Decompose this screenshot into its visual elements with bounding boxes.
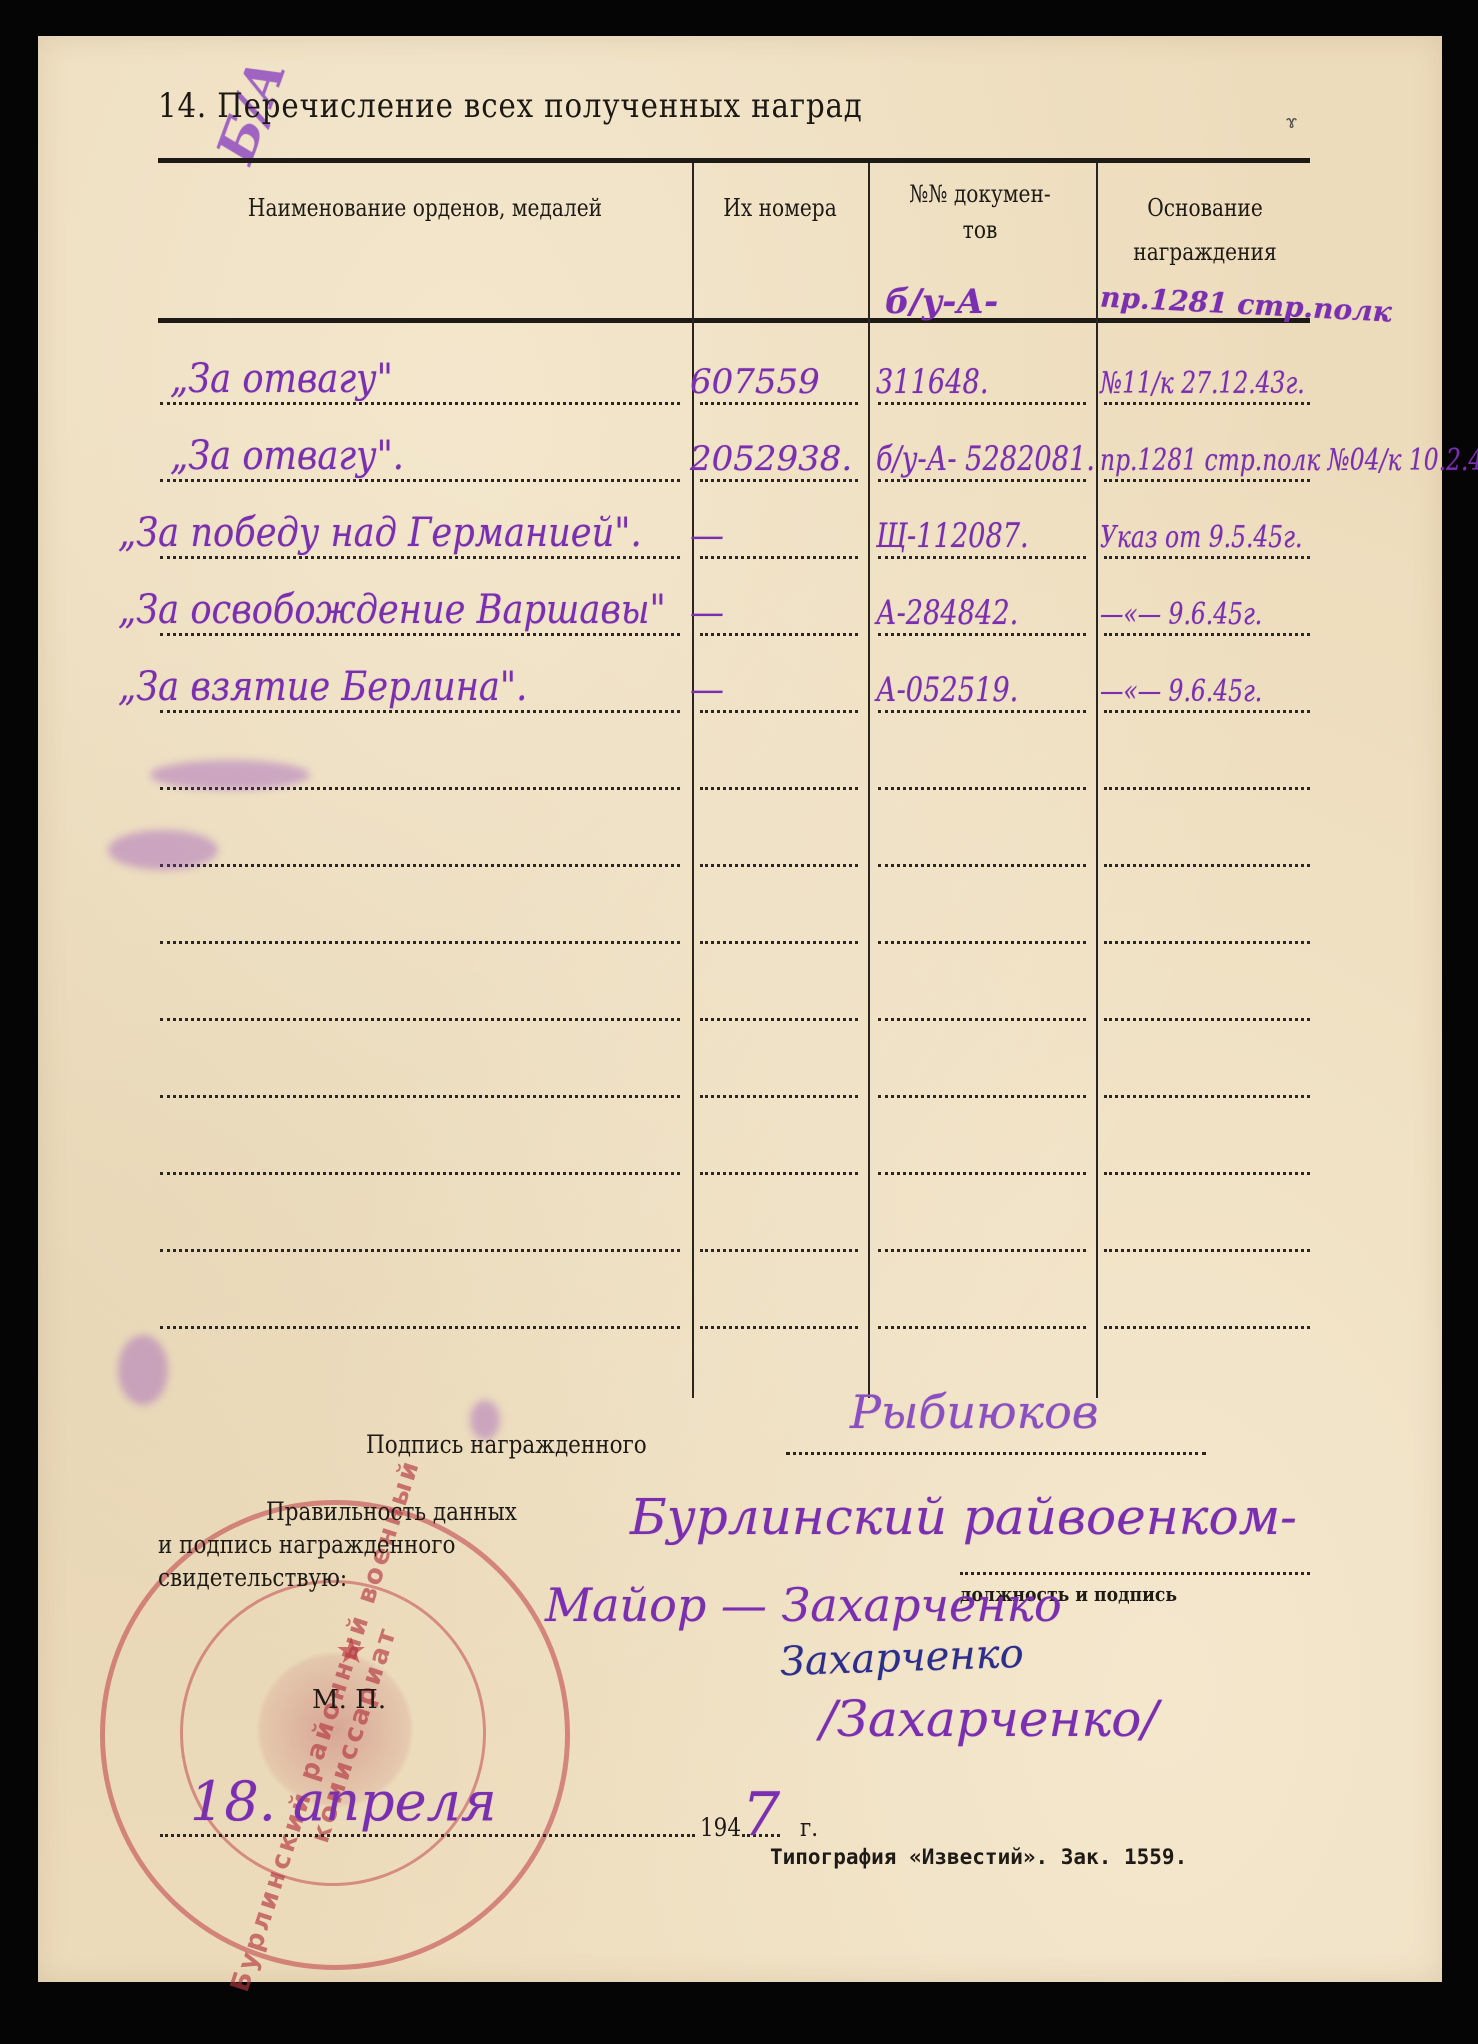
row-dotted-line (878, 1095, 1086, 1098)
row-dotted-line (700, 402, 858, 405)
award-cell-number: 2052938. (690, 439, 852, 479)
award-cell-document: А-052519. (876, 670, 1018, 710)
officer-name: /Захарченко/ (820, 1690, 1158, 1748)
award-cell-name: „За взятие Берлина". (118, 664, 527, 710)
row-dotted-line (878, 710, 1086, 713)
row-dotted-line (878, 1326, 1086, 1329)
award-cell-document: б/у-А- 5282081. (876, 439, 1095, 479)
row-dotted-line (700, 1095, 858, 1098)
award-cell-basis: Указ от 9.5.45г. (1100, 520, 1302, 555)
row-dotted-line (160, 402, 680, 405)
row-dotted-line (700, 1172, 858, 1175)
row-dotted-line (700, 1249, 858, 1252)
officer-signature-scrawl: Захарченко (779, 1631, 1024, 1685)
row-dotted-line (1104, 1095, 1310, 1098)
row-dotted-line (1104, 402, 1310, 405)
award-cell-name: „За отвагу". (170, 433, 404, 479)
title-mark: ɤ (1286, 112, 1297, 133)
header-award-name: Наименование орденов, медалей (236, 186, 614, 230)
column-divider-1 (692, 163, 694, 1398)
date-year-prefix: 194 (700, 1813, 741, 1842)
award-cell-name: „За освобождение Варшавы" (118, 587, 666, 633)
row-dotted-line (160, 1018, 680, 1021)
row-dotted-line (1104, 1172, 1310, 1175)
row-dotted-line (700, 787, 858, 790)
row-dotted-line (700, 633, 858, 636)
row-dotted-line (160, 556, 680, 559)
row-dotted-line (700, 556, 858, 559)
award-cell-number: 607559 (690, 362, 820, 402)
awardee-signature: Рыбиюков (850, 1385, 1099, 1439)
award-cell-basis: —«— 9.6.45г. (1100, 597, 1262, 632)
section-title: 14. Перечисление всех полученных наград (158, 86, 863, 126)
column-divider-3 (1096, 163, 1098, 1398)
award-cell-document: Щ-112087. (876, 516, 1029, 556)
officer-rank-signature: Майор — Захарченко (545, 1578, 1062, 1632)
row-dotted-line (1104, 479, 1310, 482)
row-dotted-line (1104, 710, 1310, 713)
row-dotted-line (1104, 941, 1310, 944)
award-cell-name: „За отвагу" (170, 356, 393, 402)
row-dotted-line (878, 1018, 1086, 1021)
row-dotted-line (700, 864, 858, 867)
award-cell-document: А-284842. (876, 593, 1018, 633)
military-office: Бурлинский райвоенком- (630, 1488, 1297, 1546)
row-dotted-line (160, 633, 680, 636)
certification-label-1: Правильность данных (266, 1497, 517, 1526)
row-dotted-line (700, 479, 858, 482)
award-cell-basis: —«— 9.6.45г. (1100, 674, 1262, 709)
printer-imprint: Типография «Известий». Зак. 1559. (770, 1845, 1187, 1869)
row-dotted-line (160, 710, 680, 713)
award-cell-number: — (690, 670, 724, 710)
header-number: Их номера (717, 186, 843, 230)
date-year-suffix: 7 (742, 1780, 780, 1850)
award-cell-basis: пр.1281 стр.полк №04/к 10.2.45г. (1100, 443, 1478, 478)
date-day-month: 18. апреля (190, 1770, 497, 1833)
row-dotted-line (878, 787, 1086, 790)
row-dotted-line (1104, 1326, 1310, 1329)
ink-smudge (118, 1335, 168, 1405)
row-dotted-line (1104, 1018, 1310, 1021)
row-dotted-line (878, 633, 1086, 636)
award-cell-number: — (690, 516, 724, 556)
row-dotted-line (700, 710, 858, 713)
header-basis: Основание награждения (1117, 186, 1293, 274)
award-cell-name: „За победу над Германией". (118, 510, 642, 556)
date-line (160, 1834, 695, 1837)
award-cell-basis: №11/к 27.12.43г. (1100, 366, 1305, 401)
table-header-rule (158, 318, 1310, 323)
row-dotted-line (160, 864, 680, 867)
row-dotted-line (700, 941, 858, 944)
row-dotted-line (160, 479, 680, 482)
row-dotted-line (1104, 556, 1310, 559)
row-dotted-line (1104, 633, 1310, 636)
row-dotted-line (878, 479, 1086, 482)
award-cell-document: 311648. (876, 362, 988, 402)
column-divider-2 (868, 163, 870, 1398)
row-dotted-line (878, 402, 1086, 405)
seal-placeholder-label: М. П. (312, 1685, 386, 1715)
date-year-unit: г. (800, 1813, 818, 1842)
row-dotted-line (878, 864, 1086, 867)
row-dotted-line (878, 1172, 1086, 1175)
row-dotted-line (160, 941, 680, 944)
row-dotted-line (878, 941, 1086, 944)
signature-line (786, 1452, 1206, 1455)
row-dotted-line (700, 1326, 858, 1329)
row-dotted-line (878, 1249, 1086, 1252)
row-dotted-line (1104, 787, 1310, 790)
position-line (960, 1572, 1310, 1575)
ink-smudge (108, 830, 218, 870)
header-documents: №№ докумен-тов (896, 176, 1064, 248)
row-dotted-line (700, 1018, 858, 1021)
row-dotted-line (1104, 864, 1310, 867)
row-dotted-line (1104, 1249, 1310, 1252)
row-dotted-line (160, 1172, 680, 1175)
ink-smudge (150, 760, 310, 790)
certification-label-2: и подпись награжденного (158, 1530, 455, 1559)
certification-label-3: свидетельствую: (158, 1563, 347, 1592)
row-dotted-line (160, 1095, 680, 1098)
award-cell-number: — (690, 593, 724, 633)
table-top-rule (158, 158, 1310, 163)
header-documents-handwritten: б/у-А- (885, 282, 998, 322)
row-dotted-line (878, 556, 1086, 559)
row-dotted-line (160, 1249, 680, 1252)
row-dotted-line (160, 1326, 680, 1329)
